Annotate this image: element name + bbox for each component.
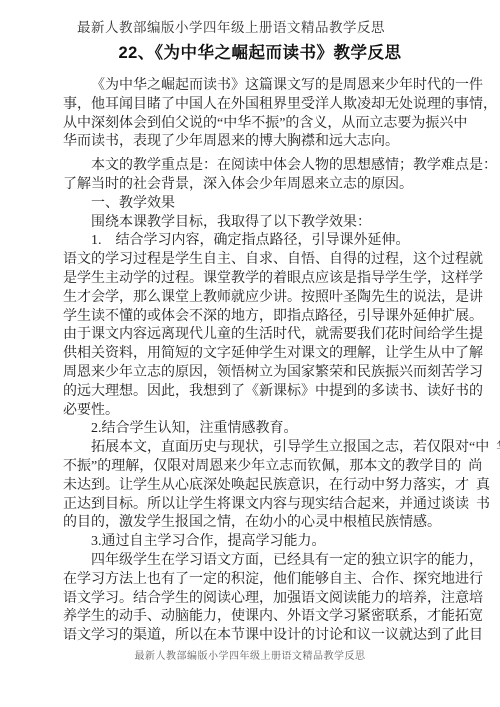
text-line: 围绕本课教学目标，我取得了以下教学效果： — [63, 214, 445, 233]
text-line: 3.通过自主学习合作，提高学习能力。 — [63, 533, 445, 552]
text-line: 了解当时的社会背景，深入体会少年周恩来立志的原因。 — [63, 176, 445, 195]
paragraph: 《为中华之崛起而读书》这篇课文写的是周恩来少年时代的一件事，他耳闻目睹了中国人在… — [63, 77, 445, 152]
text-line: 是学生主动学的过程。课堂教学的着眼点应该是指导学生学，这样学 — [63, 270, 445, 289]
paragraph: 1. 结合学习内容，确定指点路径，引导课外延伸。 — [63, 232, 445, 251]
paragraph: 本文的教学重点是：在阅读中体会人物的思想感情；教学难点是：了解当时的社会背景，深… — [63, 157, 445, 195]
page-title: 22、《为中华之崛起而读书》教学反思 — [10, 42, 500, 64]
page-footer-text: 最新人教部编版小学四年级上册语文精品教学反思 — [0, 650, 500, 663]
text-line: 生才会学，那么课堂上教师就应少讲。按照叶圣陶先生的说法，是讲 — [63, 289, 445, 308]
text-line: 周恩来少年立志的原因，领悟树立为国家繁荣和民族振兴而刻苦学习 — [63, 364, 445, 383]
text-line: 四年级学生在学习语文方面，已经具有一定的独立识字的能力， — [63, 552, 445, 571]
text-line: 的远大理想。因此，我想到了《新课标》中提到的多读书、读好书的 — [63, 383, 445, 402]
text-line: 事，他耳闻目睹了中国人在外国租界里受洋人欺凌却无处说理的事情， — [63, 96, 445, 115]
paragraph: 拓展本文，直面历史与现状，引导学生立报国之志，若仅限对“中 华不振”的理解，仅限… — [63, 439, 445, 533]
document-body: 《为中华之崛起而读书》这篇课文写的是周恩来少年时代的一件事，他耳闻目睹了中国人在… — [63, 77, 445, 646]
text-line: 正达到目标。所以让学生将课文内容与现实结合起来，并通过谈读 书 — [63, 496, 445, 515]
text-line: 本文的教学重点是：在阅读中体会人物的思想感情；教学难点是： — [63, 157, 445, 176]
text-line: 语文学习的渠道，所以在本节课中设计的讨论和议一议就达到了此目 — [63, 627, 445, 646]
text-line: 一、教学效果 — [63, 195, 445, 214]
paragraph: 围绕本课教学目标，我取得了以下教学效果： — [63, 214, 445, 233]
paragraph: 四年级学生在学习语文方面，已经具有一定的独立识字的能力，在学习方法上也有了一定的… — [63, 552, 445, 646]
text-line: 《为中华之崛起而读书》这篇课文写的是周恩来少年时代的一件 — [63, 77, 445, 96]
text-line: 由于课文内容远离现代儿童的生活时代，就需要我们花时间给学生提 — [63, 326, 445, 345]
paragraph: 2.结合学生认知，注重情感教育。 — [63, 420, 445, 439]
text-line: 的目的，激发学生报国之情，在幼小的心灵中根植民族情感。 — [63, 514, 445, 533]
paragraph: 一、教学效果 — [63, 195, 445, 214]
text-line: 拓展本文，直面历史与现状，引导学生立报国之志，若仅限对“中 华 — [63, 439, 445, 458]
text-line: 从中深刻体会到伯父说的“中华不振”的含义，从而立志要为振兴中 — [63, 115, 445, 134]
text-line: 未达到。让学生从心底深处唤起民族意识，在行动中努力落实，才 真 — [63, 477, 445, 496]
paragraph: 3.通过自主学习合作，提高学习能力。 — [63, 533, 445, 552]
text-line: 语文的学习过程是学生自主、自求、自悟、自得的过程，这个过程就 — [63, 251, 445, 270]
text-line: 在学习方法上也有了一定的积淀，他们能够自主、合作、探究地进行 — [63, 571, 445, 590]
page-header-text: 最新人教部编版小学四年级上册语文精品教学反思 — [77, 20, 500, 36]
text-line: 必要性。 — [63, 402, 445, 421]
text-line: 学生读不懂的或体会不深的地方，即指点路径，引导课外延伸扩展。 — [63, 308, 445, 327]
document-page: 最新人教部编版小学四年级上册语文精品教学反思 22、《为中华之崛起而读书》教学反… — [0, 0, 500, 707]
text-line: 华而读书，表现了少年周恩来的博大胸襟和远大志向。 — [63, 133, 445, 152]
paragraph: 语文的学习过程是学生自主、自求、自悟、自得的过程，这个过程就是学生主动学的过程。… — [63, 251, 445, 420]
text-line: 不振”的理解，仅限对周恩来少年立志而钦佩，那本文的教学目的 尚 — [63, 458, 445, 477]
text-line: 供相关资料，用简短的文字延伸学生对课文的理解，让学生从中了解 — [63, 345, 445, 364]
text-line: 语文学习。结合学生的阅读心理，加强语文阅读能力的培养，注意培 — [63, 590, 445, 609]
text-line: 2.结合学生认知，注重情感教育。 — [63, 420, 445, 439]
text-line: 养学生的动手、动脑能力，使课内、外语文学习紧密联系，才能拓宽 — [63, 608, 445, 627]
text-line: 1. 结合学习内容，确定指点路径，引导课外延伸。 — [63, 232, 445, 251]
